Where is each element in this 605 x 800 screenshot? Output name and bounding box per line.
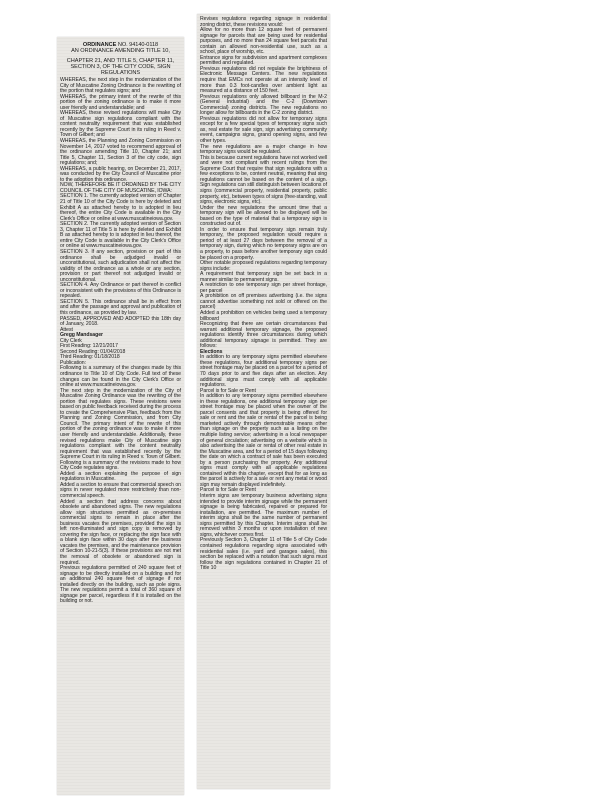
summary-paragraph: Added a section that address concerns ab…	[60, 500, 181, 567]
section-5: SECTION 5. This ordinance shall be in ef…	[60, 300, 181, 317]
section-4: SECTION 4. Any Ordinance or part thereof…	[60, 283, 181, 300]
section-3: SECTION 3. If any section, provision or …	[60, 250, 181, 283]
ordinance-title: AN ORDINANCE AMENDING TITLE 10,	[60, 48, 181, 54]
section-2: SECTION 2. The currently adopted version…	[60, 222, 181, 250]
paragraph: Previous regulations only allowed billbo…	[200, 95, 327, 117]
paragraph: Allow for no more than 12 square feet of…	[200, 28, 327, 56]
summary-paragraph: Added a section to ensure that commercia…	[60, 483, 181, 500]
sale-text: In addition to any temporary signs permi…	[200, 394, 327, 488]
paragraph: WHEREAS, a public hearing, on December 2…	[60, 167, 181, 184]
paragraph: This is because current regulations have…	[200, 156, 327, 206]
paragraph: WHEREAS, the primary intent of the rewri…	[60, 95, 181, 112]
paragraph: WHEREAS, the Planning and Zoning Commiss…	[60, 139, 181, 167]
paragraph: WHEREAS, these revised regulations will …	[60, 111, 181, 139]
summary-paragraph: Previous regulations permitted of 240 sq…	[60, 566, 181, 605]
newspaper-clipping-left-column: ORDINANCE NO. 94140-0118 AN ORDINANCE AM…	[57, 37, 184, 795]
closing-text: Previously Section 3, Chapter 11 of Titl…	[200, 538, 327, 571]
summary-paragraph: Following is a summary of the changes ma…	[60, 366, 181, 388]
paragraph: Under the new regulations the amount tim…	[200, 206, 327, 228]
paragraph: The new regulations are a major change i…	[200, 145, 327, 156]
interim-text: Interim signs are temporary business adv…	[200, 494, 327, 538]
summary-paragraph: The next step in the modernization of th…	[60, 389, 181, 472]
newspaper-clipping-right-column: Revises regulations regarding signage in…	[197, 14, 330, 789]
paragraph: Previous regulations did not regulate th…	[200, 67, 327, 95]
paragraph: Previous regulations did not allow for t…	[200, 117, 327, 145]
section-1: SECTION 1. The currently adopted version…	[60, 194, 181, 222]
ordinance-subtitle: CHAPTER 21, AND TITLE 5, CHAPTER 11, SEC…	[60, 58, 181, 76]
paragraph: Recognizing that there are certain circu…	[200, 322, 327, 350]
ordinance-heading: ORDINANCE NO. 94140-0118 AN ORDINANCE AM…	[60, 42, 181, 76]
paragraph: A prohibition on off premises advertisin…	[200, 294, 327, 311]
paragraph: WHEREAS, the next step in the modernizat…	[60, 78, 181, 95]
passed-statement: PASSED, APPROVED AND ADOPTED this 18th d…	[60, 317, 181, 328]
paragraph: In order to ensure that temporary sign r…	[200, 228, 327, 261]
elections-text: In addition to any temporary signs permi…	[200, 355, 327, 388]
